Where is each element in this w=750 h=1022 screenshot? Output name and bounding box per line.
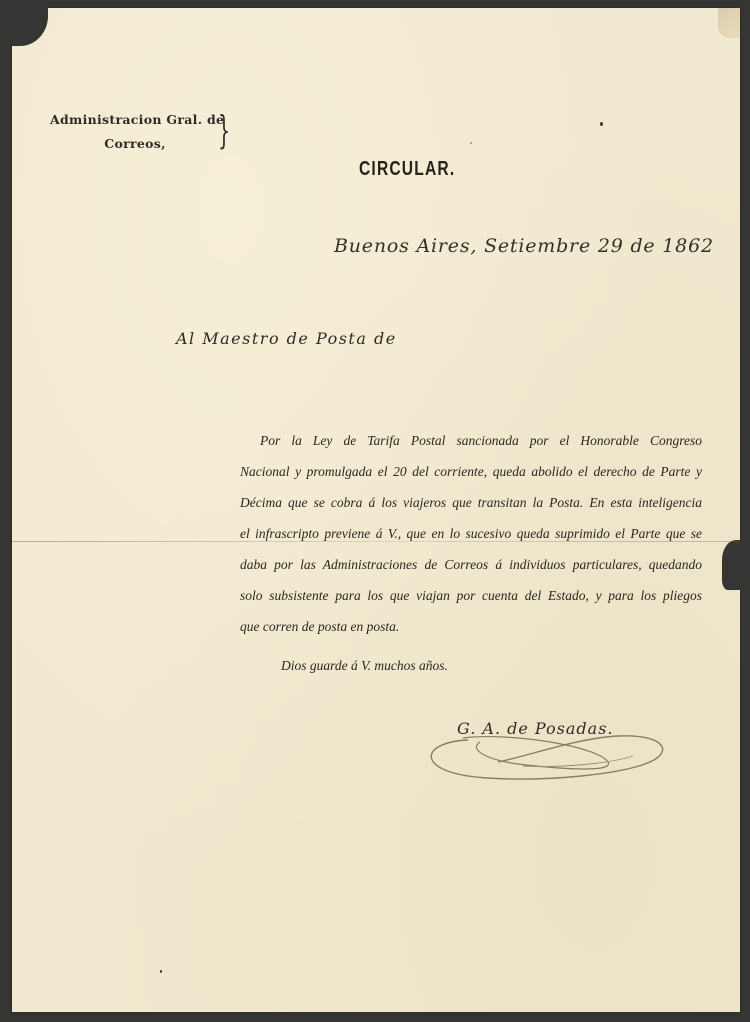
ink-speck <box>600 122 603 126</box>
issuing-office-line1: Administracion Gral. de <box>50 108 220 132</box>
issuing-office-line2: Correos, <box>50 132 220 156</box>
issuing-office: Administracion Gral. de Correos, <box>50 108 220 156</box>
ink-speck <box>470 142 472 144</box>
closing-formula: Dios guarde á V. muchos años. <box>281 658 448 674</box>
document-title: CIRCULAR. <box>359 158 455 181</box>
body-line: que corren de posta en posta. <box>240 611 702 642</box>
folded-corner-top-right <box>718 8 740 38</box>
body-line: Décima que se cobra á los viajeros que t… <box>240 487 702 518</box>
body-line: Nacional y promulgada el 20 del corrient… <box>240 456 702 487</box>
body-paragraph: Por la Ley de Tarifa Postal sancionada p… <box>240 425 702 642</box>
body-line: Por la Ley de Tarifa Postal sancionada p… <box>240 425 702 456</box>
body-line: daba por las Administraciones de Correos… <box>240 549 702 580</box>
body-line: el infrascripto previene á V., que en lo… <box>240 518 702 549</box>
ink-speck <box>160 970 162 973</box>
torn-edge-right <box>722 540 750 590</box>
dateline: Buenos Aires, Setiembre 29 de 1862 <box>334 235 714 257</box>
brace-glyph: } <box>218 110 230 150</box>
body-line: solo subsistente para los que viajan por… <box>240 580 702 611</box>
signature-flourish-icon <box>418 726 674 786</box>
salutation: Al Maestro de Posta de <box>176 329 397 348</box>
